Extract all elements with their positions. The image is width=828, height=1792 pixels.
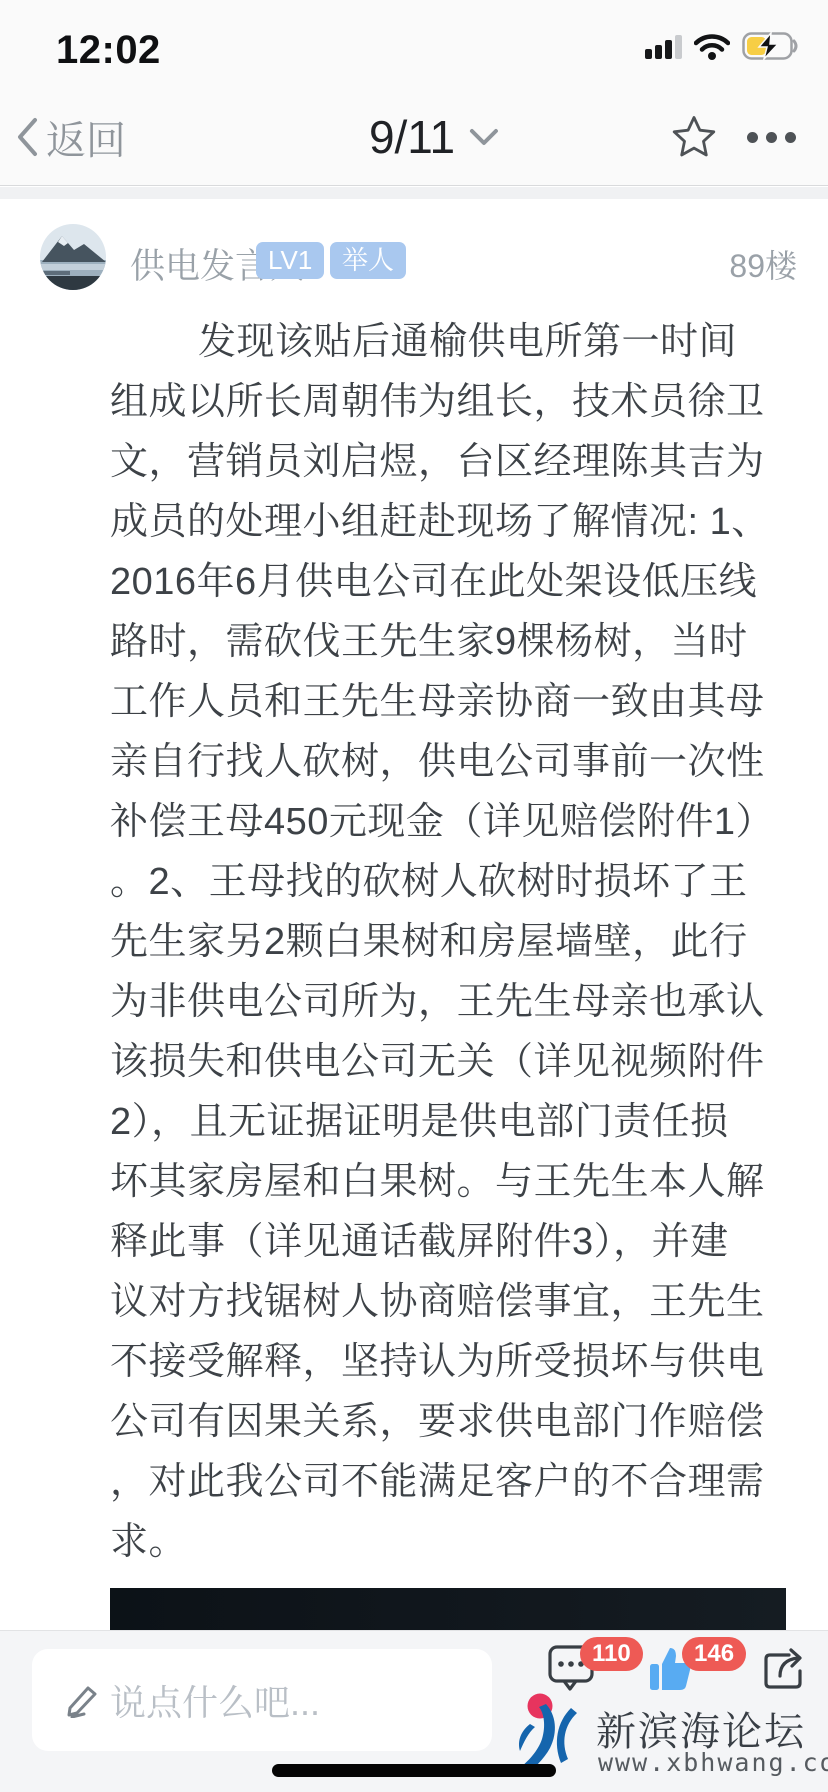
chevron-down-icon — [469, 128, 499, 146]
post-body-text: 发现该贴后通榆供电所第一时间 组成以所长周朝伟为组长，技术员徐卫 文，营销员刘启… — [110, 312, 790, 1572]
cellular-signal-icon — [645, 33, 682, 59]
page-indicator: 9/11 — [369, 110, 455, 164]
post-card: 供电发言人 LV1 举人 89楼 发现该贴后通榆供电所第一时间 组成以所长周朝伟… — [0, 199, 828, 1630]
comment-count-badge: 110 — [580, 1637, 643, 1671]
forum-post-screen: 12:02 返回 9/11 — [0, 0, 828, 1792]
avatar[interactable] — [40, 224, 106, 290]
level-badge: LV1 — [256, 242, 324, 279]
back-label: 返回 — [46, 109, 126, 166]
chevron-left-icon — [16, 117, 38, 157]
nav-actions — [671, 88, 796, 186]
star-icon[interactable] — [671, 114, 717, 160]
page-selector[interactable]: 9/11 — [329, 88, 499, 186]
pencil-icon — [64, 1682, 100, 1718]
floor-number: 89楼 — [729, 241, 797, 287]
wifi-icon — [694, 32, 730, 60]
share-icon[interactable] — [762, 1646, 806, 1690]
avatar-landscape-image — [40, 224, 106, 290]
nav-bar: 返回 9/11 — [0, 88, 828, 186]
rank-badge: 举人 — [330, 242, 406, 279]
comment-placeholder: 说点什么吧... — [110, 1675, 320, 1726]
more-icon[interactable] — [747, 132, 796, 143]
home-indicator[interactable] — [272, 1764, 556, 1777]
comment-input[interactable]: 说点什么吧... — [32, 1649, 492, 1751]
battery-charging-icon — [742, 32, 800, 60]
section-divider — [0, 187, 828, 199]
status-time: 12:02 — [56, 28, 161, 73]
attached-image[interactable] — [110, 1588, 786, 1632]
like-count-badge: 146 — [682, 1637, 746, 1671]
status-icons — [645, 32, 800, 60]
top-chrome: 12:02 返回 9/11 — [0, 0, 828, 186]
back-button[interactable]: 返回 — [16, 88, 126, 186]
